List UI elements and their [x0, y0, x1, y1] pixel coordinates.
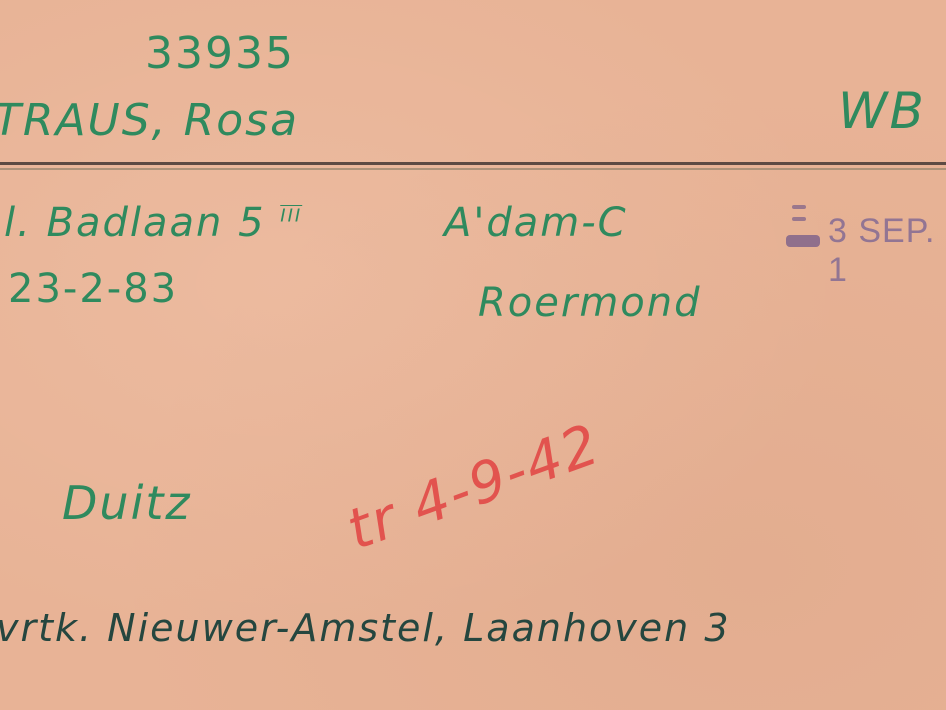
stamp-marks	[792, 205, 806, 209]
date-stamp: 3 SEP. 1	[828, 212, 946, 290]
index-card: 33935 TRAUS, Rosa WB l. Badlaan 5 III 23…	[0, 0, 946, 710]
signature-note: Duitz	[62, 476, 192, 530]
header-rule	[0, 162, 946, 165]
initials: WB	[838, 82, 926, 140]
address-text: l. Badlaan 5	[4, 200, 266, 246]
birth-date: 23-2-83	[8, 266, 178, 312]
stamp-dash	[786, 235, 820, 247]
record-number: 33935	[145, 28, 295, 79]
red-annotation: tr 4-9-42	[339, 412, 609, 563]
occupation: Roermond	[478, 280, 702, 326]
person-name: TRAUS, Rosa	[0, 95, 299, 146]
address-line: l. Badlaan 5 III	[4, 200, 302, 246]
new-address: vrtk. Nieuwer-Amstel, Laanhoven 3	[0, 606, 731, 650]
city-code: A'dam-C	[444, 200, 628, 246]
header-rule-secondary	[0, 168, 946, 170]
floor-superscript: III	[280, 206, 302, 227]
